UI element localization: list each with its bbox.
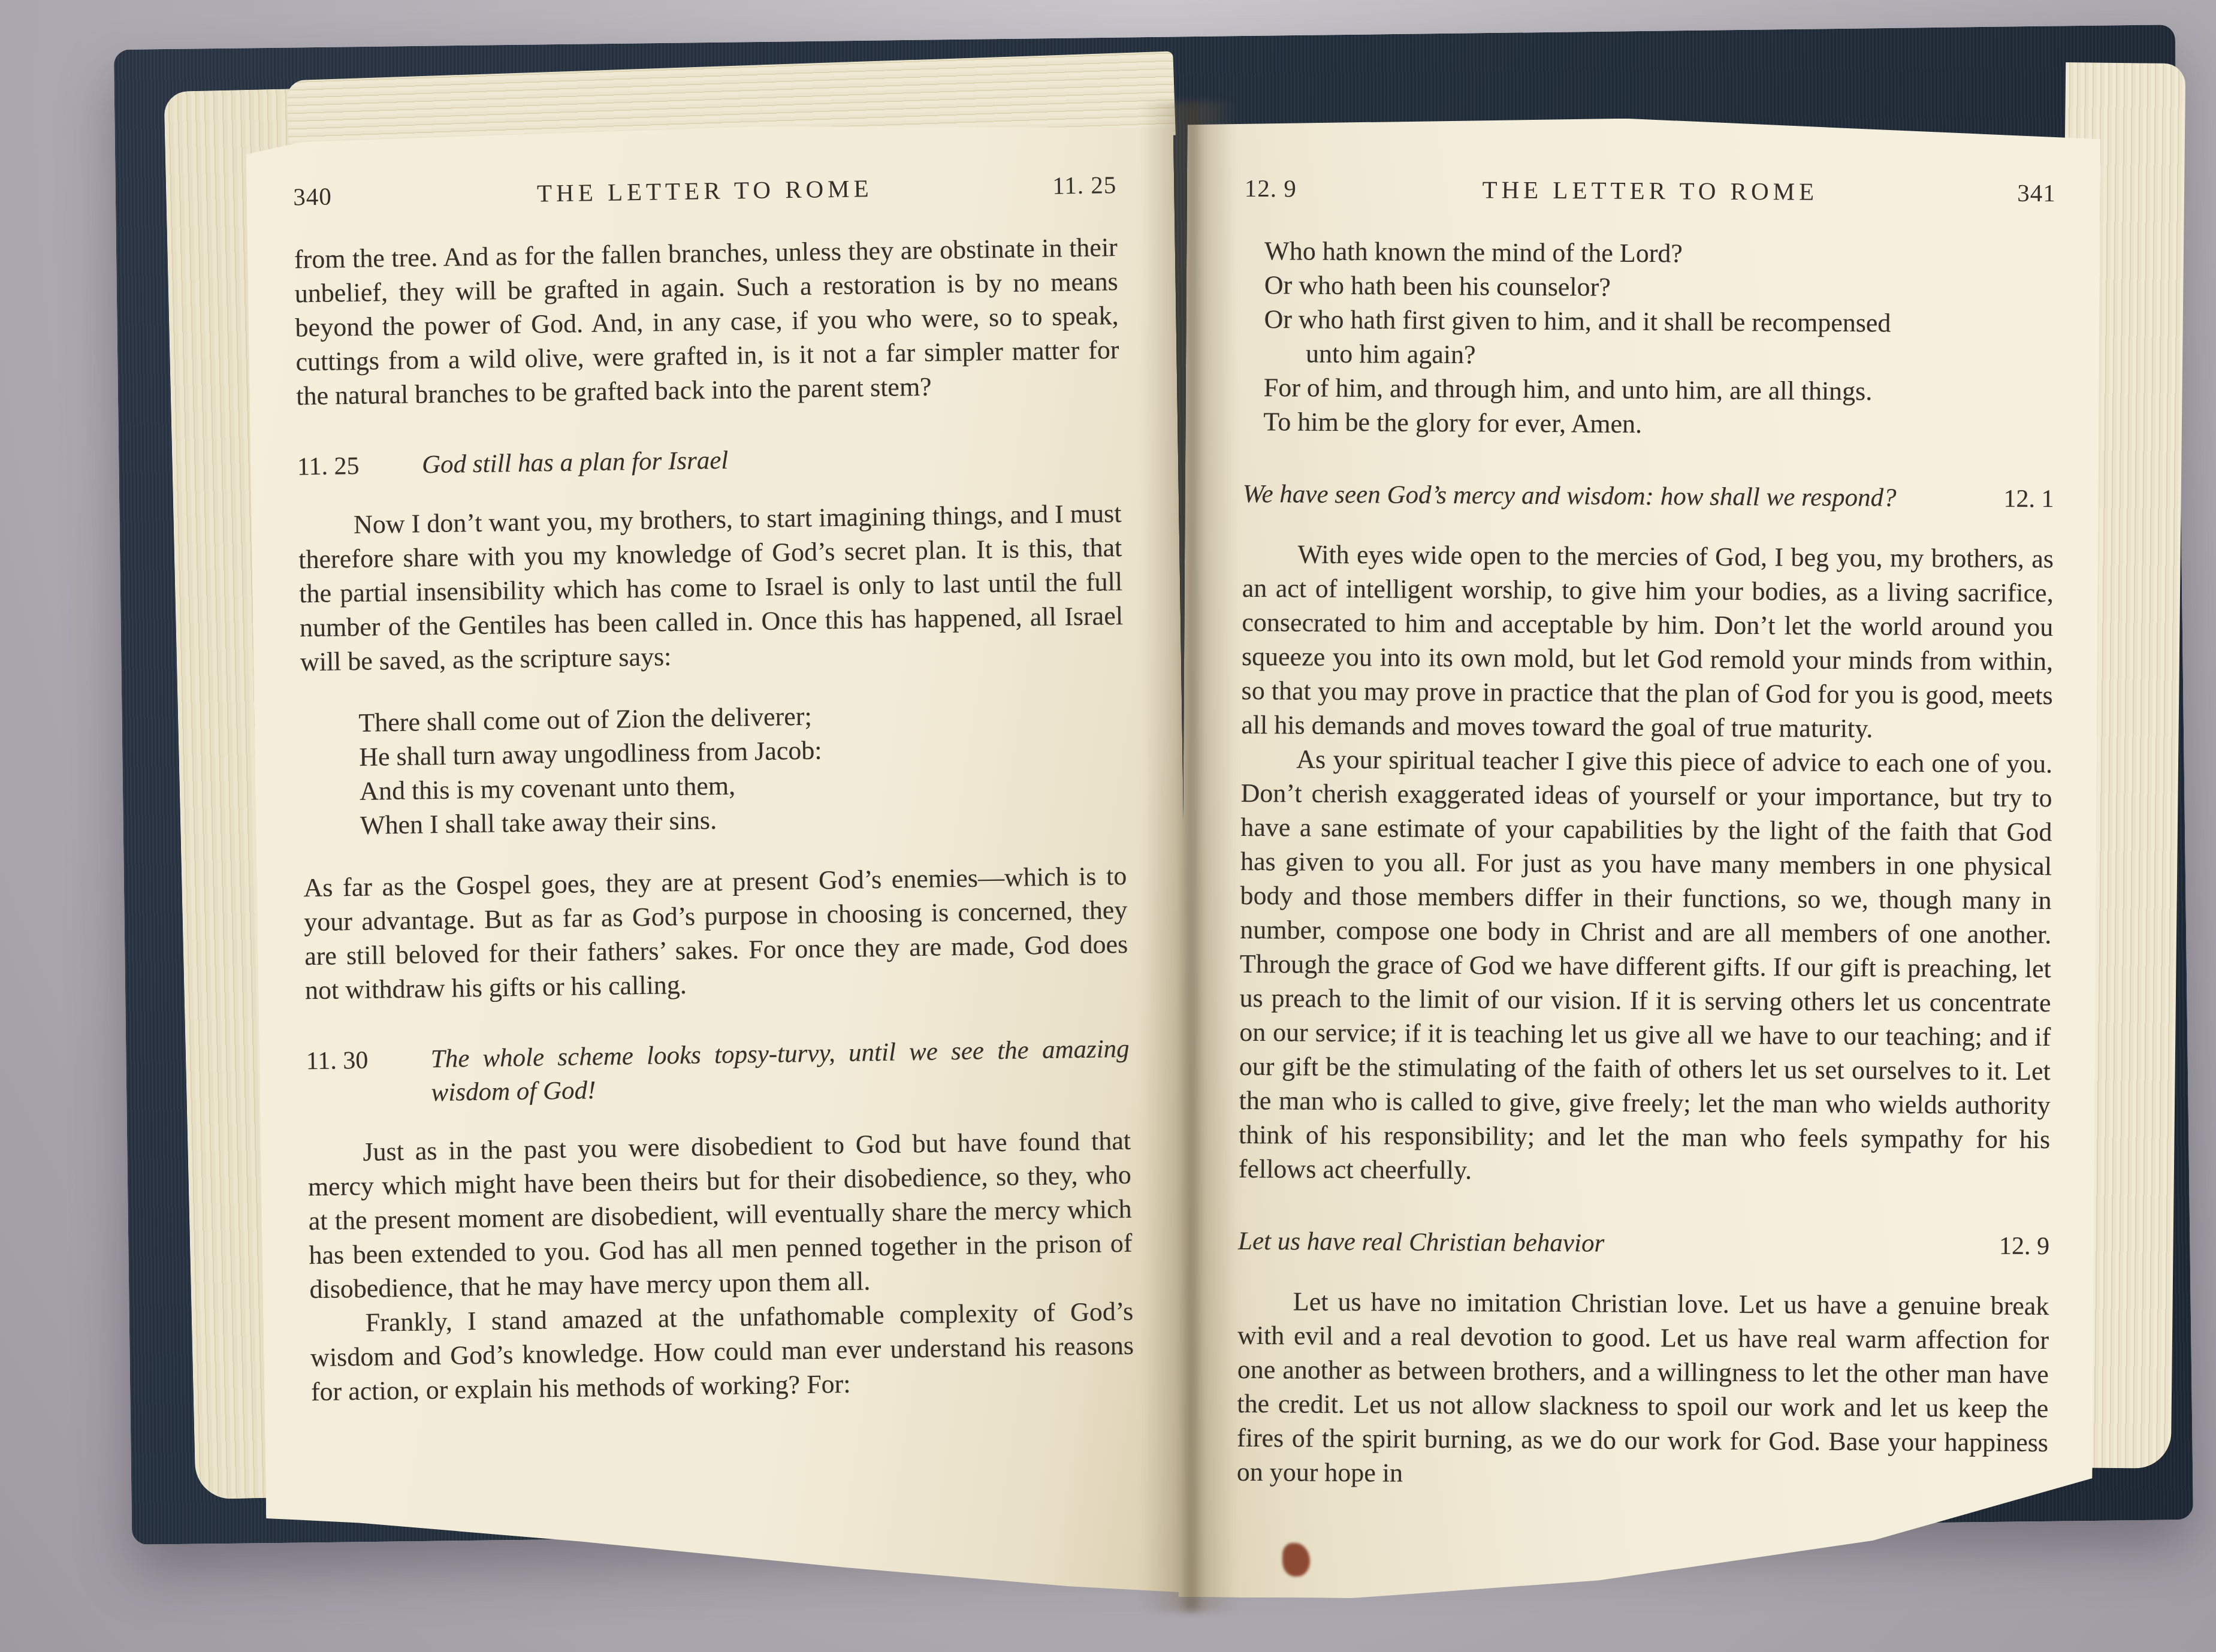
- section-title: The whole scheme looks topsy-turvy, unti…: [430, 1032, 1130, 1110]
- section-verse-ref: 11. 25: [297, 448, 422, 484]
- left-page: 340 THE LETTER TO ROME 11. 25 from the t…: [246, 120, 1195, 1607]
- section-verse-ref: 11. 30: [306, 1043, 431, 1079]
- left-header-verse-ref: 11. 25: [985, 170, 1117, 201]
- right-page-number: 341: [1924, 178, 2056, 207]
- section-heading-11-30: 11. 30 The whole scheme looks topsy-turv…: [306, 1032, 1130, 1112]
- quote-line: unto him again?: [1264, 336, 2055, 375]
- left-page-header: 340 THE LETTER TO ROME 11. 25: [293, 170, 1117, 211]
- section-title: God still has a plan for Israel: [422, 438, 1121, 482]
- left-page-number: 340: [293, 180, 425, 211]
- section-title: We have seen God’s mercy and wisdom: how…: [1243, 477, 1980, 516]
- quote-line: To him be the glory for ever, Amen.: [1263, 404, 2054, 443]
- right-header-verse-ref: 12. 9: [1245, 174, 1376, 203]
- right-running-title: THE LETTER TO ROME: [1376, 174, 1924, 207]
- section-title: Let us have real Christian behavior: [1238, 1224, 1975, 1263]
- section-heading-11-25: 11. 25 God still has a plan for Israel: [297, 438, 1121, 484]
- section-heading-12-1: We have seen God’s mercy and wisdom: how…: [1243, 477, 2054, 517]
- quote-line: Who hath known the mind of the Lord?: [1264, 234, 2055, 273]
- paragraph: Now I don’t want you, my brothers, to st…: [298, 496, 1124, 679]
- paragraph: Frankly, I stand amazed at the unfathoma…: [310, 1294, 1134, 1409]
- section-verse-ref: 12. 9: [1975, 1229, 2049, 1264]
- paragraph: As far as the Gospel goes, they are at p…: [303, 859, 1128, 1007]
- left-running-title: THE LETTER TO ROME: [425, 172, 985, 209]
- scripture-quote: Who hath known the mind of the Lord? Or …: [1263, 234, 2055, 443]
- paragraph: With eyes wide open to the mercies of Go…: [1241, 537, 2054, 747]
- right-page-header: 12. 9 THE LETTER TO ROME 341: [1245, 174, 2056, 207]
- right-page: 12. 9 THE LETTER TO ROME 341 Who hath kn…: [1178, 116, 2100, 1602]
- quote-line: Or who hath been his counselor?: [1264, 268, 2055, 307]
- paragraph: Let us have no imitation Christian love.…: [1237, 1284, 2049, 1494]
- scripture-quote: There shall come out of Zion the deliver…: [358, 694, 1126, 842]
- paragraph: Just as in the past you were disobedient…: [307, 1124, 1133, 1306]
- paragraph-continuation: from the tree. And as for the fallen bra…: [294, 230, 1120, 413]
- quote-line: Or who hath first given to him, and it s…: [1264, 302, 2055, 341]
- section-heading-12-9: Let us have real Christian behavior 12. …: [1238, 1224, 2049, 1264]
- book-photo: 340 THE LETTER TO ROME 11. 25 from the t…: [0, 0, 2216, 1652]
- paragraph: As your spiritual teacher I give this pi…: [1239, 742, 2053, 1191]
- section-verse-ref: 12. 1: [1980, 482, 2054, 517]
- quote-line: For of him, and through him, and unto hi…: [1264, 370, 2055, 409]
